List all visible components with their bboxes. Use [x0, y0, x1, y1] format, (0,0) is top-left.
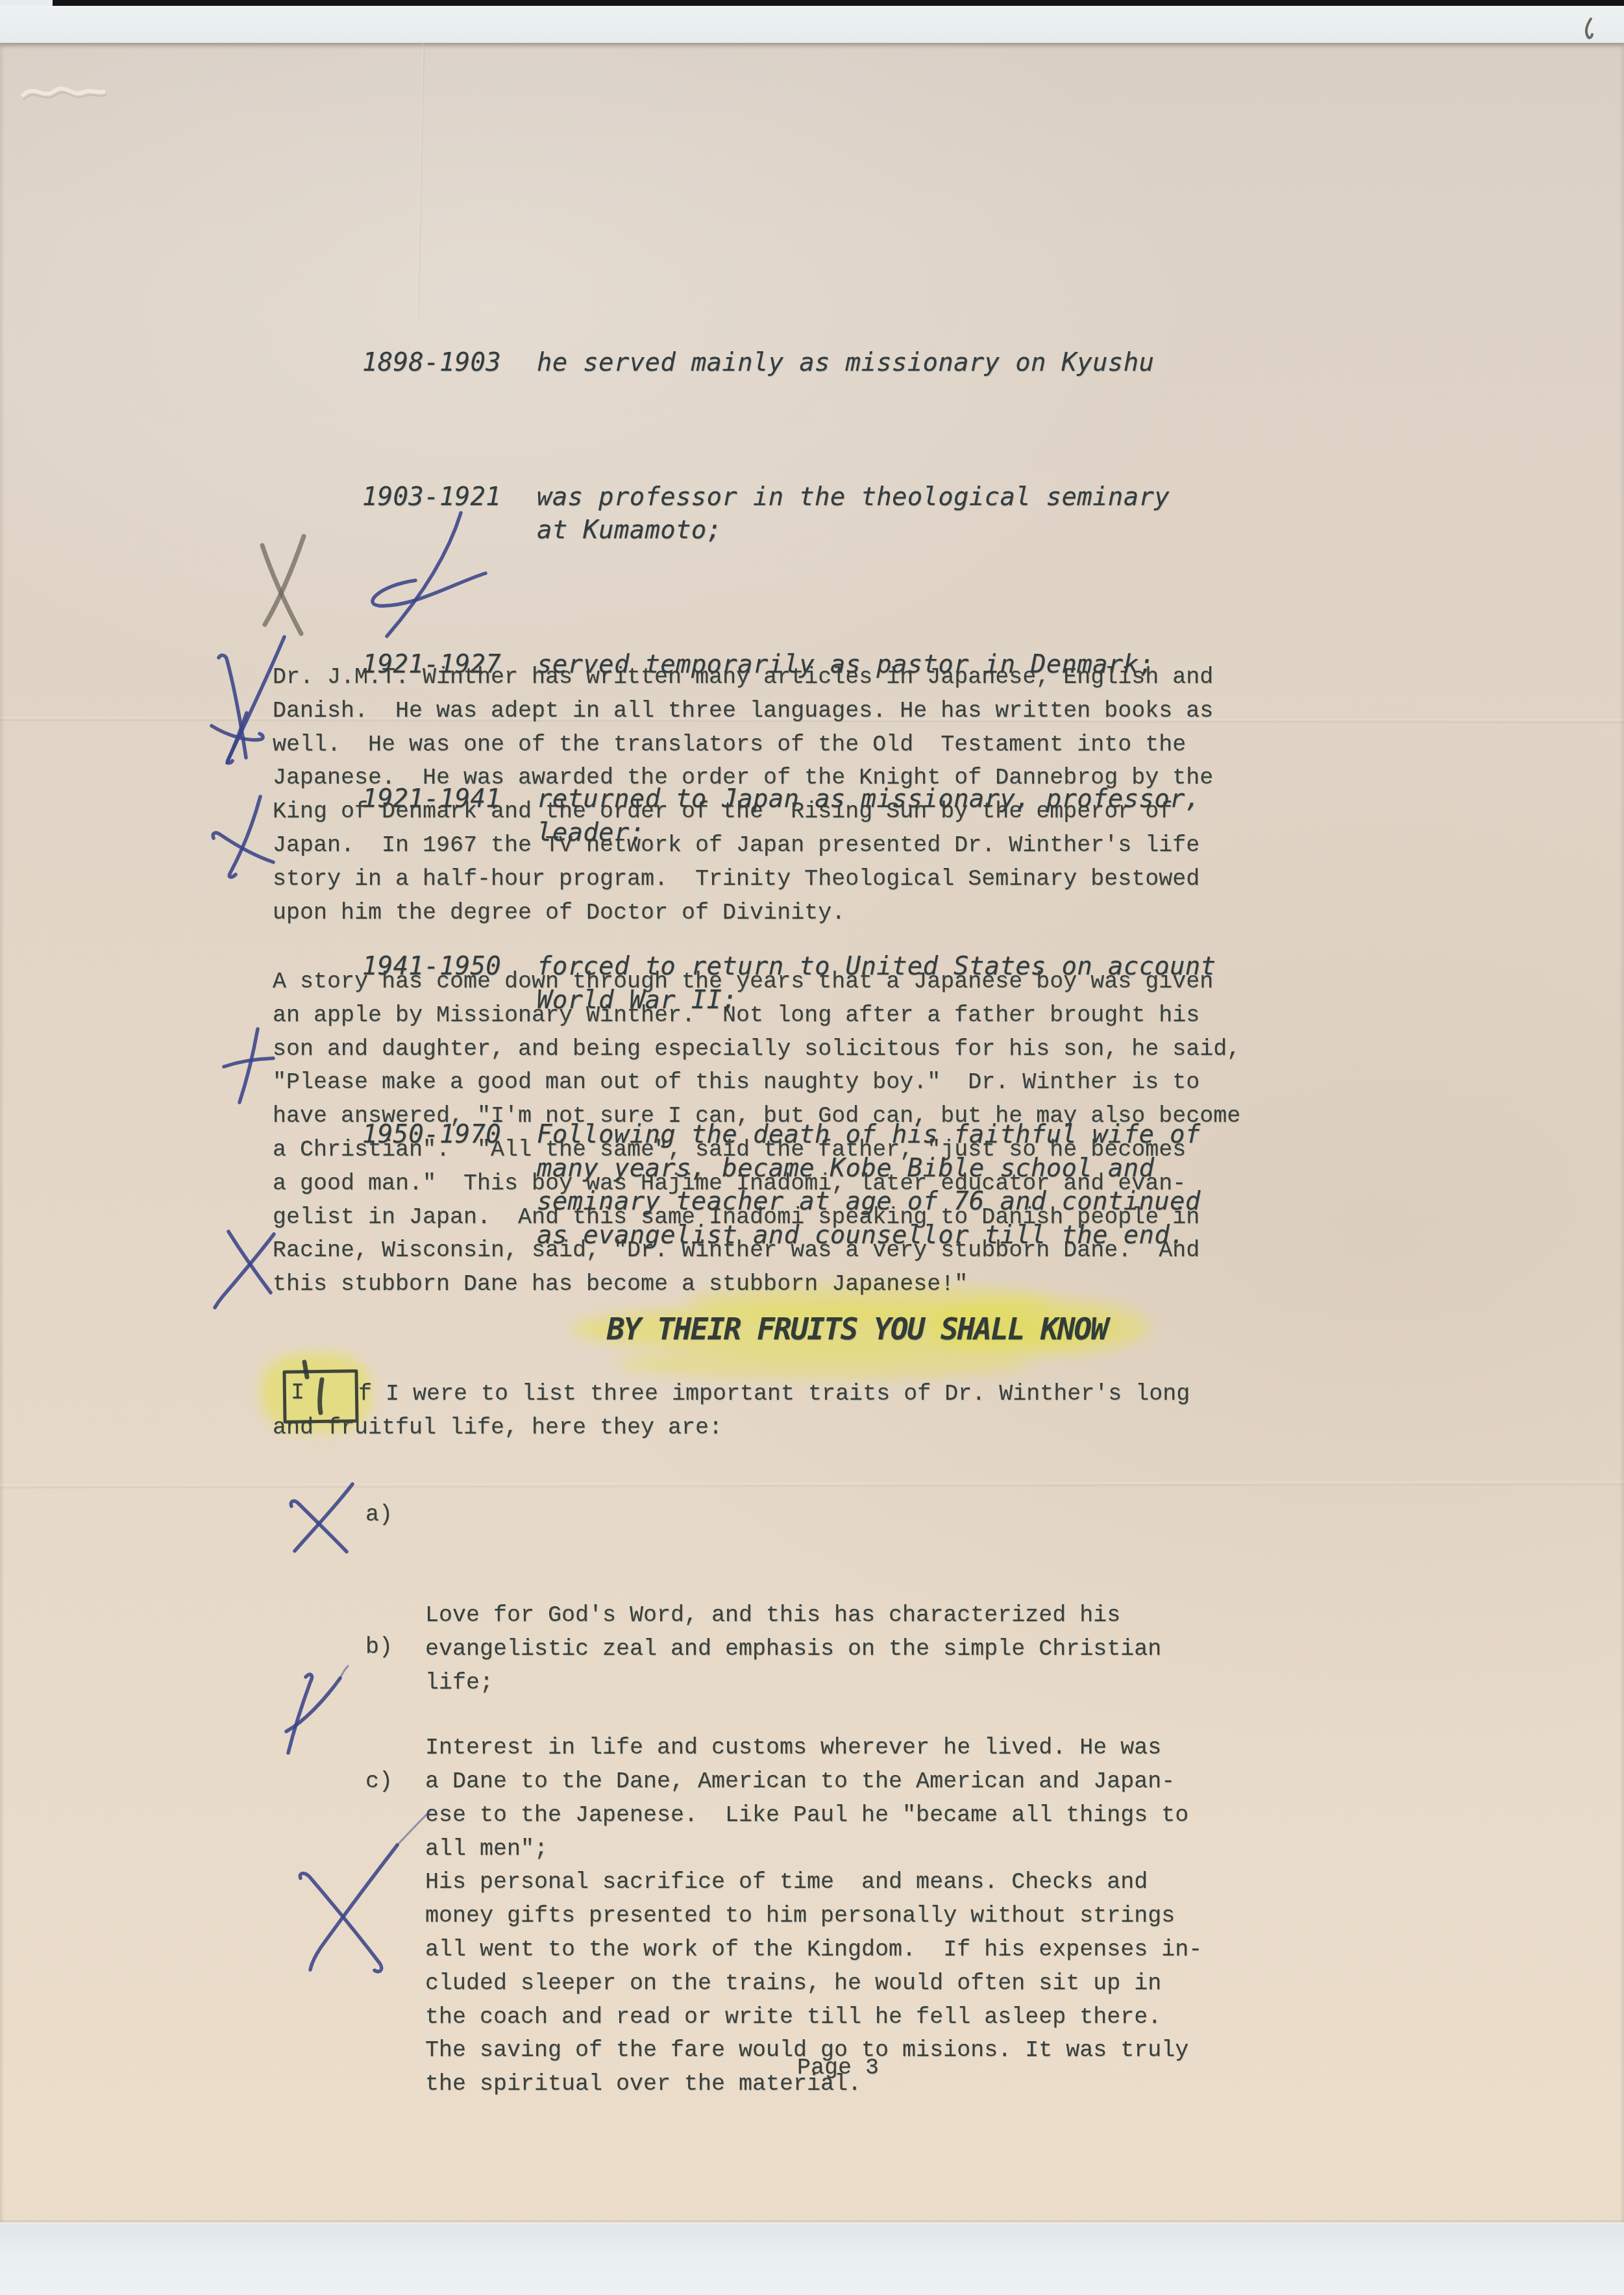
timeline-years: 1903-1921 [362, 480, 537, 547]
boxed-initial: I [291, 1376, 304, 1410]
timeline-years: 1898-1903 [362, 346, 537, 380]
timeline-entry: 1898-1903 he served mainly as missionary… [362, 346, 1216, 380]
paragraph-apple-story: A story has come down through the years … [273, 965, 1240, 1302]
heading-highlight-blob [617, 1348, 1032, 1379]
scanner-top-bar [53, 0, 1624, 6]
item-marker: c) [365, 1765, 393, 1799]
trait-list: a) Love for God's Word, and this has cha… [0, 0, 82, 303]
timeline-description: he served mainly as missionary on Kyushu [537, 346, 1154, 380]
item-marker: b) [365, 1631, 393, 1665]
section-heading: BY THEIR FRUITS YOU SHALL KNOW [607, 1313, 1107, 1346]
timeline-description: was professor in the theological seminar… [537, 480, 1170, 547]
intro-line-2: and fruitful life, here they are: [273, 1411, 722, 1445]
scanned-document-page: 1898-1903 he served mainly as missionary… [0, 0, 1624, 2295]
page-number: Page 3 [797, 2052, 879, 2085]
timeline-entry: 1903-1921 was professor in the theologic… [362, 480, 1216, 547]
list-item: c) His personal sacrifice of time and me… [365, 1765, 1202, 2169]
scanner-bottom-strip [0, 2224, 1624, 2295]
paragraph-biography: Dr. J.M.T. Winther has written many arti… [273, 661, 1213, 930]
scanner-top-strip [0, 6, 1624, 43]
intro-line-1: f I were to list three important traits … [358, 1378, 1190, 1411]
item-marker: a) [365, 1498, 393, 1532]
